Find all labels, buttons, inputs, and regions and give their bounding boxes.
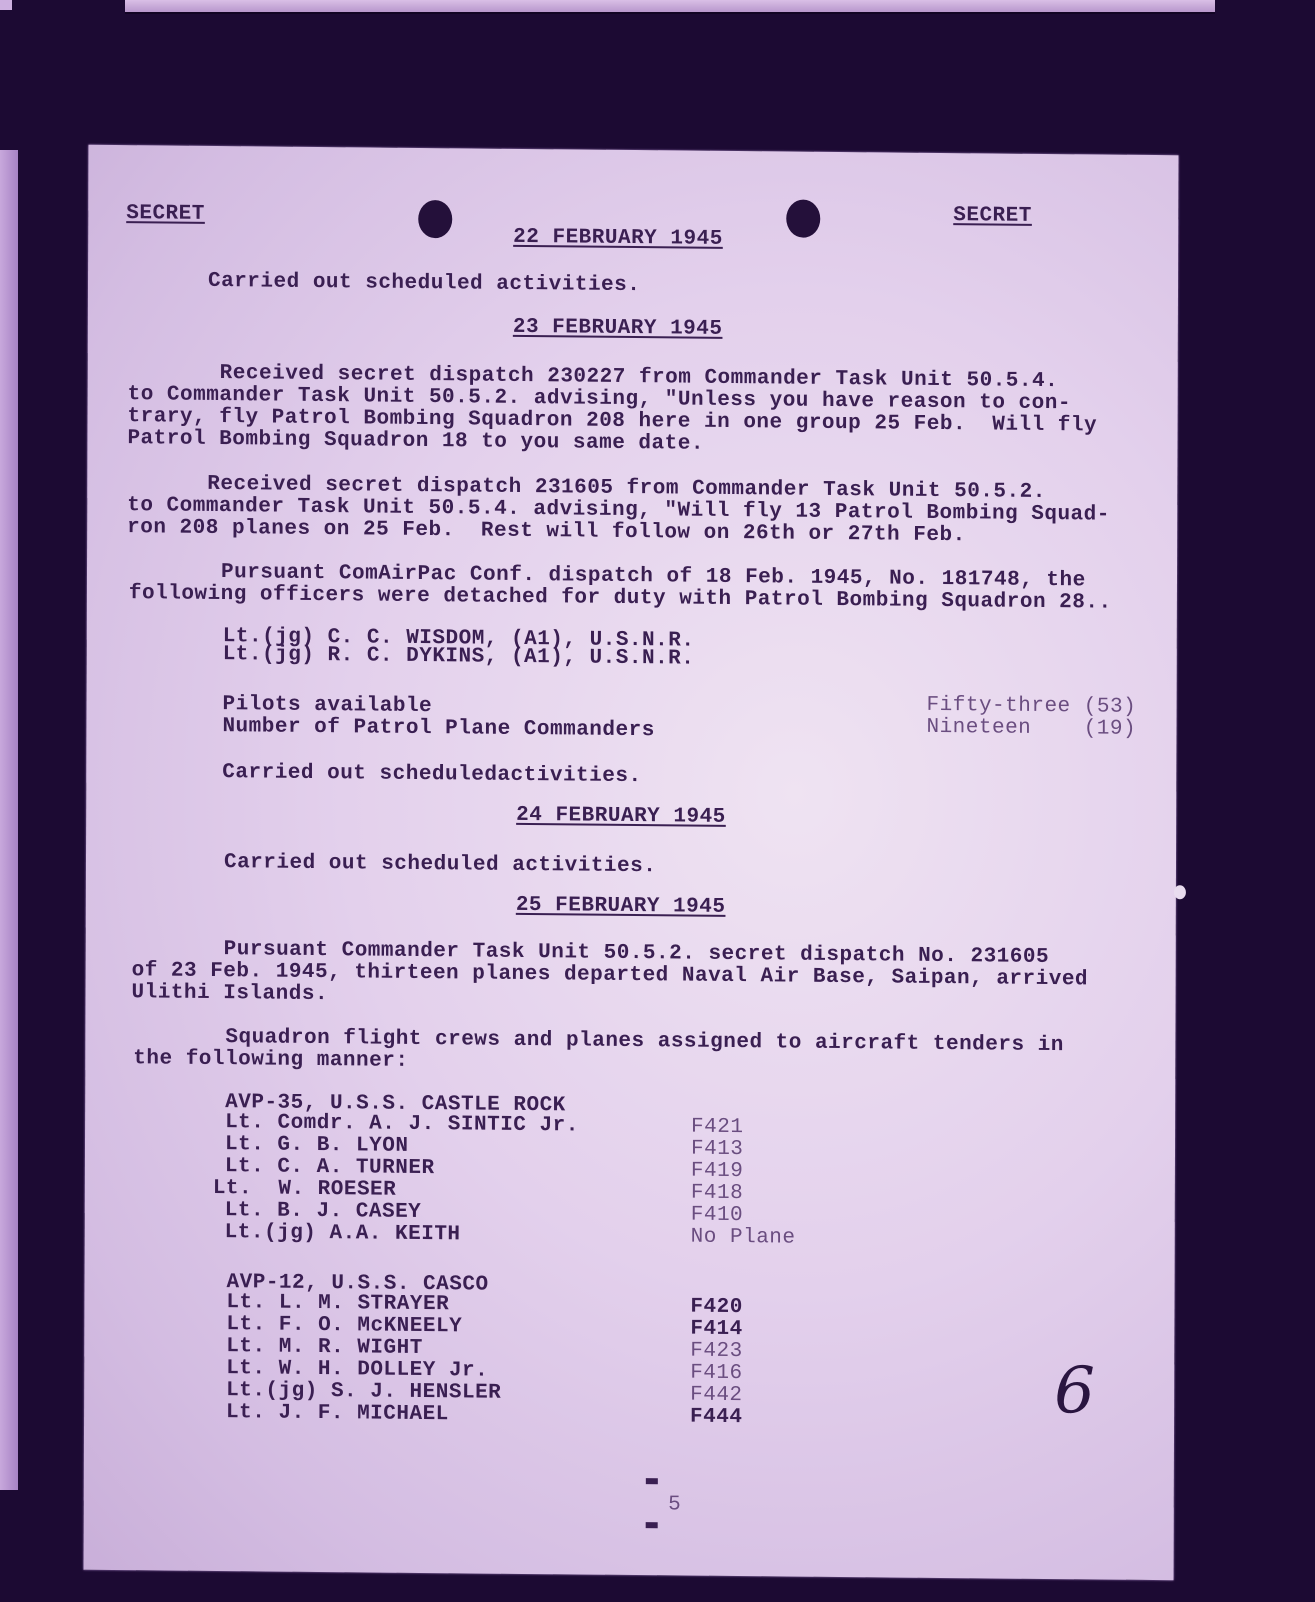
adjacent-frame-top [125, 0, 1215, 14]
crew-plane: F418 [691, 1183, 743, 1206]
classification-left: SECRET [126, 203, 205, 226]
date-heading-24feb: 24 FEBRUARY 1945 [516, 805, 726, 829]
handwritten-page-mark: 6 [1054, 1354, 1095, 1428]
page-edge-tab [1174, 885, 1186, 899]
page-footer: 5 [594, 1450, 704, 1561]
dispatch-231605-paragraph: Received secret dispatch 231605 from Com… [88, 145, 1178, 155]
crew-plane: F410 [691, 1205, 743, 1228]
page-number: 5 [668, 1493, 681, 1516]
crew-plane: F413 [691, 1139, 743, 1162]
crew-plane: F414 [690, 1319, 742, 1342]
crew-plane: F442 [690, 1385, 742, 1408]
crew-plane: F444 [690, 1407, 742, 1430]
document-page: SECRET SECRET 22 FEBRUARY 1945 Carried o… [84, 145, 1179, 1580]
punch-hole-left [418, 200, 452, 238]
crew-name: Lt. W. ROESER [213, 1178, 397, 1202]
crew-name: Lt. J. F. MICHAEL [226, 1402, 449, 1426]
comairpac-paragraph: Pursuant ComAirPac Conf. dispatch of 18 … [88, 145, 1178, 155]
date-heading-22feb: 22 FEBRUARY 1945 [513, 227, 723, 251]
assignment-paragraph: Squadron flight crews and planes assigne… [88, 145, 1178, 155]
adjacent-frame-left [0, 150, 18, 1490]
tender-castle-rock: AVP-35, U.S.S. CASTLE ROCK Lt. Comdr. A.… [88, 145, 1178, 155]
tender-casco: AVP-12, U.S.S. CASCO Lt. L. M. STRAYER F… [88, 145, 1178, 155]
crew-name: Lt. G. B. LYON [225, 1134, 409, 1158]
dispatch-230227-paragraph: Received secret dispatch 230227 from Com… [88, 145, 1178, 155]
classification-right: SECRET [953, 205, 1032, 228]
punch-hole-right [786, 199, 820, 237]
departure-paragraph: Pursuant Commander Task Unit 50.5.2. sec… [88, 145, 1178, 155]
dash-left [646, 1479, 658, 1485]
stat-label: Number of Patrol Plane Commanders [222, 716, 654, 742]
crew-plane: F421 [691, 1117, 743, 1140]
dash-right [646, 1523, 658, 1529]
crew-plane: F423 [690, 1341, 742, 1364]
date-heading-23feb: 23 FEBRUARY 1945 [513, 317, 723, 341]
officer-line: Lt.(jg) R. C. DYKINS, (A1), U.S.N.R. [223, 644, 695, 671]
crew-name: Lt.(jg) A.A. KEITH [225, 1222, 461, 1246]
crew-plane: F416 [690, 1363, 742, 1386]
crew-plane: F419 [691, 1161, 743, 1184]
detached-officers-list: Lt.(jg) C. C. WISDOM, (A1), U.S.N.R. Lt.… [88, 145, 1178, 155]
crew-plane: F420 [690, 1297, 742, 1320]
entry-22feb-text: Carried out scheduled activities. [208, 271, 640, 297]
adjacent-frame-corner [0, 0, 12, 10]
entry-23feb-closing: Carried out scheduledactivities. [222, 762, 641, 788]
stat-value: Nineteen (19) [926, 717, 1136, 741]
pilot-stats: Pilots available Fifty-three (53) Number… [88, 145, 1178, 155]
date-heading-25feb: 25 FEBRUARY 1945 [516, 895, 726, 919]
crew-plane: No Plane [691, 1227, 796, 1250]
entry-24feb-text: Carried out scheduled activities. [224, 852, 656, 878]
